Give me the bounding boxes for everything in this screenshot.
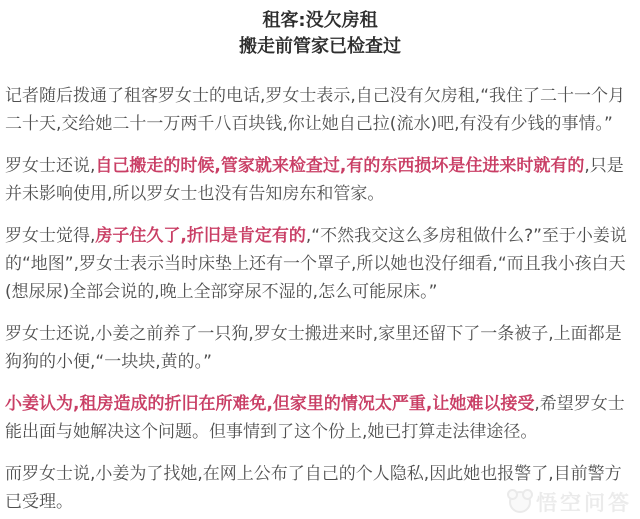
- title-line-1: 租客:没欠房租: [5, 8, 635, 34]
- title-line-2: 搬走前管家已检查过: [5, 34, 635, 60]
- text-segment: 罗女士还说,小姜之前养了一只狗,罗女士搬进来时,家里还留下了一条被子,上面都是狗…: [5, 324, 622, 372]
- text-segment: 记者随后拨通了租客罗女士的电话,罗女士表示,自己没有欠房租,“我住了二十一个月二…: [5, 86, 625, 134]
- paragraph-5: 小姜认为,租房造成的折旧在所难免,但家里的情况太严重,让她难以接受,希望罗女士能…: [5, 390, 635, 446]
- watermark: 悟空问答: [509, 487, 632, 517]
- text-segment: 罗女士还说,: [5, 156, 95, 176]
- highlighted-text-segment: 房子住久了,折旧是肯定有的: [95, 226, 305, 246]
- text-segment: 罗女士觉得,: [5, 226, 95, 246]
- highlighted-text-segment: 自己搬走的时候,管家就来检查过,有的东西损坏是住进来时就有的: [95, 156, 584, 176]
- watermark-text: 悟空问答: [536, 487, 632, 517]
- monkey-logo-icon: [509, 491, 531, 513]
- paragraph-4: 罗女士还说,小姜之前养了一只狗,罗女士搬进来时,家里还留下了一条被子,上面都是狗…: [5, 320, 635, 376]
- article: 租客:没欠房租 搬走前管家已检查过 记者随后拨通了租客罗女士的电话,罗女士表示,…: [0, 0, 640, 516]
- highlighted-text-segment: 小姜认为,租房造成的折旧在所难免,但家里的情况太严重,让她难以接受: [5, 394, 534, 414]
- paragraph-1: 记者随后拨通了租客罗女士的电话,罗女士表示,自己没有欠房租,“我住了二十一个月二…: [5, 82, 635, 138]
- paragraph-3: 罗女士觉得,房子住久了,折旧是肯定有的,“不然我交这么多房租做什么?”至于小姜说…: [5, 222, 635, 306]
- article-title: 租客:没欠房租 搬走前管家已检查过: [5, 8, 635, 60]
- paragraph-2: 罗女士还说,自己搬走的时候,管家就来检查过,有的东西损坏是住进来时就有的,只是并…: [5, 152, 635, 208]
- article-body: 记者随后拨通了租客罗女士的电话,罗女士表示,自己没有欠房租,“我住了二十一个月二…: [5, 82, 635, 516]
